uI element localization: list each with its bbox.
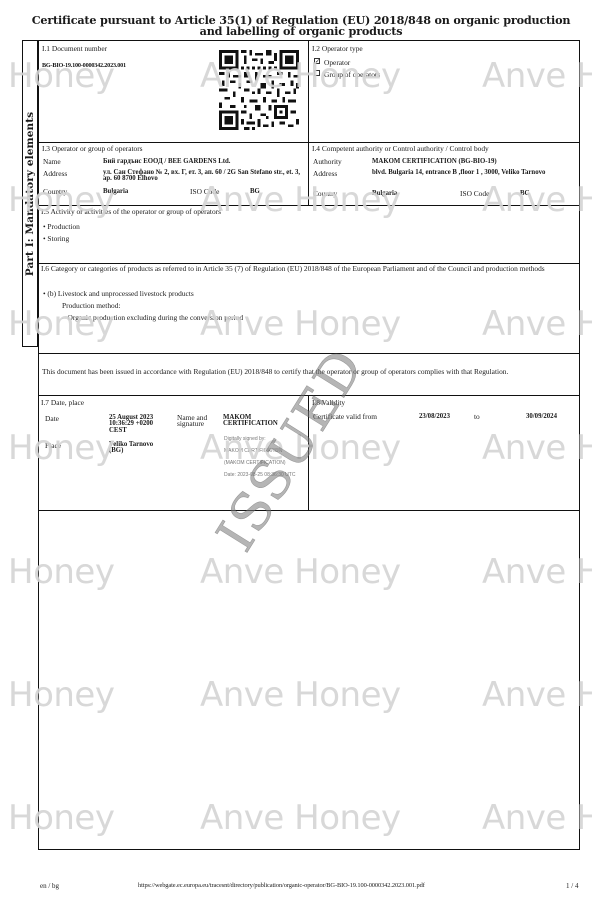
authority-address: blvd. Bulgaria 14, entrance B ,floor 1 ,… [372,170,572,176]
l3-name-label: Name [43,158,61,165]
operator-name: Бий гардънс ЕООД / BEE GARDENS Ltd. [103,158,303,165]
l4-authority-label: Authority [313,158,342,165]
l7-label: I.7 Date, place [41,399,84,407]
l4-address-label: Address [313,170,337,177]
digital-sig-line-3: (MAKOM CERTIFICATION) [224,460,285,467]
document-title: Certificate pursuant to Article 35(1) of… [20,15,582,37]
part-i-side-label: Part I: Mandatory elements [22,40,38,347]
valid-from-label: Certificate valid from [313,413,377,420]
option-operator: Operator [324,59,350,66]
l3-iso-label: ISO Code [190,188,219,195]
qr-code-icon [219,50,299,130]
statement-text: This document has been issued in accorda… [42,368,572,375]
footer-language: en / bg [40,882,59,890]
document-number: BG-BIO-19.100-0000342.2023.001 [42,62,126,69]
digital-sig-line-2: MAKOM CERTIFICATION [224,448,282,455]
l3-address-label: Address [43,170,67,177]
footer-url[interactable]: https://webgate.ec.europa.eu/tracesnt/di… [138,882,425,889]
l5-label: I.5 Activity or activities of the operat… [41,208,221,216]
authority-name: MAKOM CERTIFICATION (BG-BIO-19) [372,158,497,165]
authority-iso-code: BG [520,190,530,197]
valid-to-label: to [474,413,480,420]
product-category: • (b) Livestock and unprocessed livestoc… [43,290,194,297]
authority-country: Bulgaria [372,190,397,197]
activity-production: • Production [43,223,80,230]
footer-page-number: 1 / 4 [566,882,578,890]
l6-label: I.6 Category or categories of products a… [41,266,576,273]
operator-address: ул. Сан Стефано № 2, вх. Г, ет. 3, ап. 6… [103,170,303,183]
place-label: Place [45,442,61,449]
production-method-value: – Organic production excluding during th… [62,314,243,321]
option-group-of-operators: Group of operators [324,71,380,78]
l4-label: I.4 Competent authority or Control autho… [312,145,489,153]
l8-label: I.8 Validity [312,399,345,407]
signature-value: MAKOM CERTIFICATION [223,415,283,428]
section-l2 [308,40,580,143]
production-method-label: Production method: [62,302,121,309]
empty-content-box [38,510,580,850]
operator-country: Bulgaria [103,188,128,195]
date-value: 25 August 2023 10:36:29 +0200 CEST [109,415,171,434]
checkbox-group-of-operators[interactable] [314,70,320,76]
digital-sig-line-1: Digitally signed by: [224,436,266,443]
digital-sig-line-4: Date: 2023-08-25 08:36:30 UTC [224,472,295,479]
place-value: Veliko Tarnovo (BG) [109,442,169,455]
side-label-text: Part I: Mandatory elements [24,111,36,275]
l1-label: I.1 Document number [42,45,107,53]
l3-country-label: Country [43,188,67,195]
l3-label: I.3 Operator or group of operators [42,145,143,153]
l4-iso-label: ISO Code [460,190,489,197]
valid-from-date: 23/08/2023 [419,413,450,420]
checkbox-operator[interactable]: ✓ [314,58,320,64]
date-label: Date [45,415,59,422]
operator-iso-code: BG [250,188,260,195]
valid-to-date: 30/09/2024 [526,413,557,420]
l2-label: I.2 Operator type [312,45,363,53]
l4-country-label: Country [313,190,337,197]
activity-storing: • Storing [43,235,69,242]
signature-label: Name and signature [177,415,221,428]
